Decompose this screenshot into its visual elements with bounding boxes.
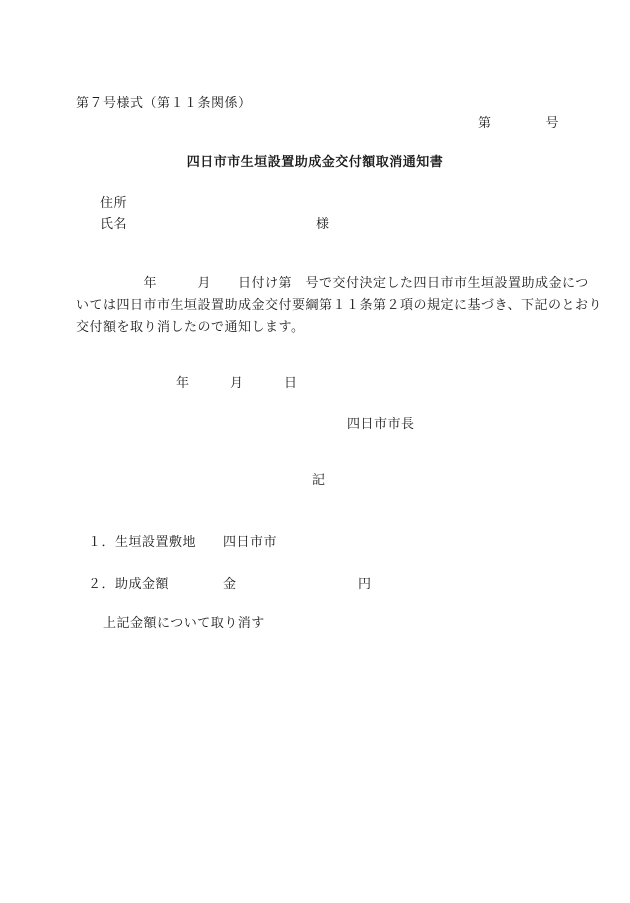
body-paragraph-line-2: いては四日市市生垣設置助成金交付要綱第１１条第２項の規定に基づき、下記のとおり <box>76 298 602 311</box>
body-paragraph-line-1: 年 月 日付け第 号で交付決定した四日市市生垣設置助成金につ <box>76 276 589 289</box>
document-page: 第７号様式（第１１条関係） 第 号 四日市市生垣設置助成金交付額取消通知書 住所… <box>0 0 630 903</box>
list-item-hedge-site: １．生垣設置敷地 四日市市 <box>88 535 277 548</box>
sender-mayor-label: 四日市市長 <box>347 417 415 430</box>
recipient-address-label: 住所 <box>100 196 127 209</box>
form-number-label: 第７号様式（第１１条関係） <box>76 96 252 109</box>
recipient-name-line: 氏名 様 <box>100 217 330 230</box>
document-number-placeholder: 第 号 <box>478 116 559 129</box>
cancellation-note: 上記金額について取り消す <box>103 616 265 629</box>
issue-date-placeholder: 年 月 日 <box>176 376 298 389</box>
section-marker-ki: 記 <box>312 473 326 486</box>
document-title: 四日市市生垣設置助成金交付額取消通知書 <box>0 155 630 168</box>
list-item-subsidy-amount: ２．助成金額 金 円 <box>88 577 372 590</box>
body-paragraph-line-3: 交付額を取り消したので通知します。 <box>76 320 304 333</box>
